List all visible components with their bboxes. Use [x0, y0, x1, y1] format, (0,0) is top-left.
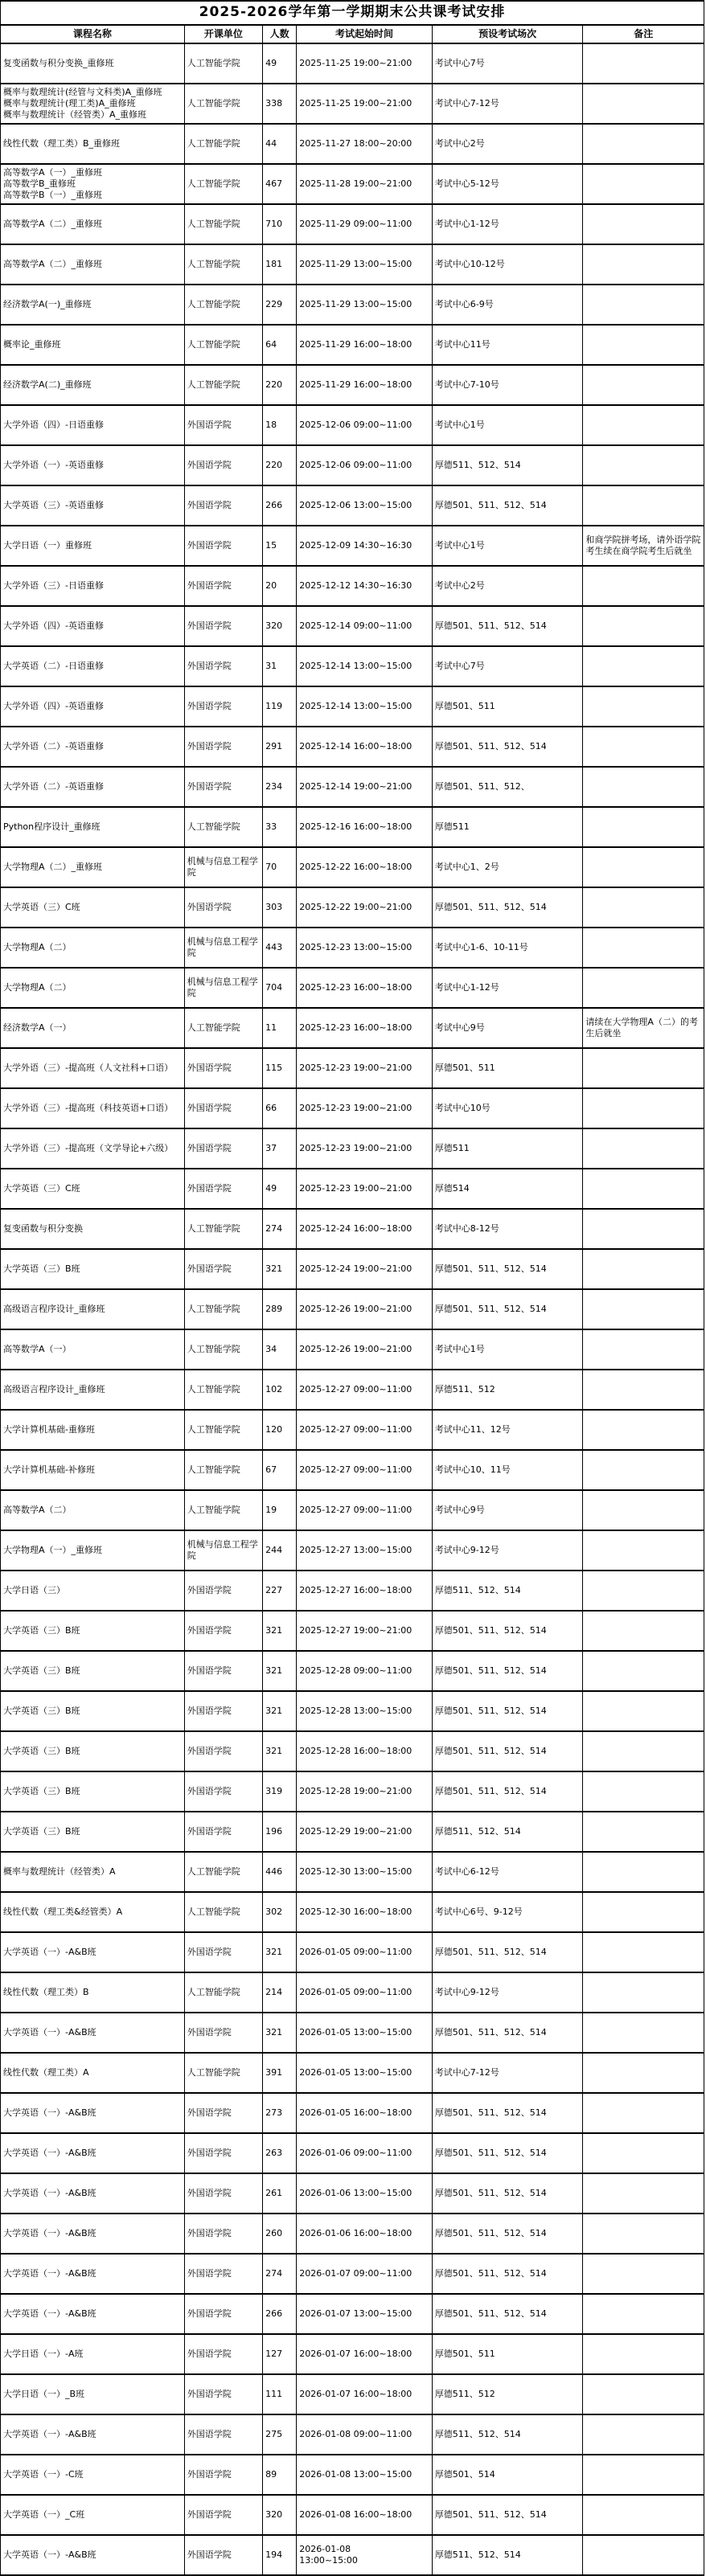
cell-student-count: 196	[263, 1812, 297, 1852]
cell-course-name: 大学外语（一）-英语重修	[1, 445, 185, 485]
table-row: 大学英语（三）B班 外国语学院 321 2025-12-28 09:00~11:…	[1, 1651, 704, 1691]
cell-exam-time: 2025-12-14 13:00~15:00	[297, 686, 433, 727]
cell-course-name: 大学英语（三）-英语重修	[1, 485, 185, 526]
cell-course-name: 大学英语（一）-C班	[1, 2455, 185, 2495]
table-row: 概率与数理统计（经管类）A 人工智能学院 446 2025-12-30 13:0…	[1, 1852, 704, 1892]
cell-course-name: 大学日语（一）-A班	[1, 2334, 185, 2374]
cell-exam-venue: 考试中心2号	[432, 124, 583, 164]
cell-remark	[583, 1731, 704, 1771]
cell-exam-time: 2025-12-23 19:00~21:00	[297, 1128, 433, 1169]
cell-student-count: 234	[263, 767, 297, 807]
cell-exam-time: 2026-01-06 09:00~11:00	[297, 2133, 433, 2173]
cell-course-name: 复变函数与积分变换	[1, 1209, 185, 1249]
cell-exam-venue: 厚德511、512、514	[432, 1571, 583, 1611]
cell-exam-time: 2025-12-27 13:00~15:00	[297, 1530, 433, 1571]
cell-student-count: 273	[263, 2093, 297, 2133]
cell-course-name: 线性代数（理工类）A	[1, 2053, 185, 2093]
cell-remark	[583, 1611, 704, 1651]
table-row: 大学英语（一）-A&B班 外国语学院 263 2026-01-06 09:00~…	[1, 2133, 704, 2173]
cell-exam-venue: 考试中心9号	[432, 1490, 583, 1530]
cell-student-count: 266	[263, 485, 297, 526]
cell-exam-time: 2025-11-29 09:00~11:00	[297, 204, 433, 244]
cell-student-count: 229	[263, 285, 297, 325]
table-row: 大学计算机基础-重修班 人工智能学院 120 2025-12-27 09:00~…	[1, 1410, 704, 1450]
cell-exam-time: 2025-12-23 16:00~18:00	[297, 968, 433, 1008]
cell-remark	[583, 1169, 704, 1209]
table-row: 大学英语（一）-A&B班 外国语学院 260 2026-01-06 16:00~…	[1, 2214, 704, 2254]
table-row: 大学英语（一）-C班 外国语学院 89 2026-01-08 13:00~15:…	[1, 2455, 704, 2495]
cell-course-name: 高等数学A（二）_重修班	[1, 204, 185, 244]
cell-offering-unit: 外国语学院	[184, 1932, 262, 1972]
cell-exam-venue: 考试中心2号	[432, 566, 583, 606]
cell-remark	[583, 1530, 704, 1571]
cell-course-name: 大学计算机基础-重修班	[1, 1410, 185, 1450]
table-row: 大学英语（三）C班 外国语学院 303 2025-12-22 19:00~21:…	[1, 887, 704, 928]
cell-exam-venue: 考试中心7号	[432, 646, 583, 686]
cell-course-name: 大学外语（三）-提高班（文学导论+六级）	[1, 1128, 185, 1169]
cell-exam-time: 2025-12-27 09:00~11:00	[297, 1450, 433, 1490]
cell-remark	[583, 405, 704, 445]
cell-offering-unit: 人工智能学院	[184, 124, 262, 164]
cell-student-count: 321	[263, 1691, 297, 1731]
cell-course-name: 大学日语（一）重修班	[1, 526, 185, 566]
cell-exam-time: 2025-12-23 19:00~21:00	[297, 1048, 433, 1088]
cell-remark	[583, 1450, 704, 1490]
table-row: 复变函数与积分变换_重修班 人工智能学院 49 2025-11-25 19:00…	[1, 43, 704, 84]
cell-exam-venue: 厚德511、512、514	[432, 1812, 583, 1852]
cell-offering-unit: 人工智能学院	[184, 1329, 262, 1370]
table-row: 大学计算机基础-补修班 人工智能学院 67 2025-12-27 09:00~1…	[1, 1450, 704, 1490]
cell-exam-time: 2025-12-14 13:00~15:00	[297, 646, 433, 686]
cell-student-count: 391	[263, 2053, 297, 2093]
cell-course-name: 大学外语（二）-英语重修	[1, 727, 185, 767]
cell-student-count: 127	[263, 2334, 297, 2374]
cell-exam-venue: 考试中心10、11号	[432, 1450, 583, 1490]
cell-exam-venue: 厚德514	[432, 1169, 583, 1209]
table-row: 大学英语（一）-A&B班 外国语学院 274 2026-01-07 09:00~…	[1, 2254, 704, 2294]
cell-student-count: 11	[263, 1008, 297, 1048]
cell-student-count: 302	[263, 1892, 297, 1932]
cell-exam-time: 2025-12-09 14:30~16:30	[297, 526, 433, 566]
cell-exam-venue: 厚德501、511、512、514	[432, 1249, 583, 1289]
cell-exam-venue: 考试中心8-12号	[432, 1209, 583, 1249]
cell-student-count: 31	[263, 646, 297, 686]
cell-exam-time: 2025-11-29 13:00~15:00	[297, 244, 433, 285]
col-header-time: 考试起始时间	[297, 25, 433, 43]
cell-offering-unit: 外国语学院	[184, 1691, 262, 1731]
cell-exam-venue: 考试中心9-12号	[432, 1530, 583, 1571]
cell-exam-time: 2025-12-27 19:00~21:00	[297, 1611, 433, 1651]
cell-student-count: 102	[263, 1370, 297, 1410]
cell-offering-unit: 外国语学院	[184, 727, 262, 767]
cell-exam-venue: 厚德501、511、512、514	[432, 1691, 583, 1731]
cell-offering-unit: 机械与信息工程学院	[184, 847, 262, 887]
table-row: 线性代数（理工类&经管类）A 人工智能学院 302 2025-12-30 16:…	[1, 1892, 704, 1932]
table-row: 高等数学A（二）_重修班 人工智能学院 181 2025-11-29 13:00…	[1, 244, 704, 285]
cell-exam-venue: 考试中心11号	[432, 325, 583, 365]
cell-exam-time: 2025-12-30 13:00~15:00	[297, 1852, 433, 1892]
cell-offering-unit: 外国语学院	[184, 767, 262, 807]
cell-student-count: 49	[263, 43, 297, 84]
table-row: 大学英语（三）-英语重修 外国语学院 266 2025-12-06 13:00~…	[1, 485, 704, 526]
table-row: 大学物理A（二） 机械与信息工程学院 704 2025-12-23 16:00~…	[1, 968, 704, 1008]
cell-remark	[583, 2133, 704, 2173]
cell-remark	[583, 1289, 704, 1329]
cell-course-name: 概率论_重修班	[1, 325, 185, 365]
cell-offering-unit: 人工智能学院	[184, 807, 262, 847]
cell-course-name: 大学英语（一）-A&B班	[1, 2294, 185, 2334]
table-row: 高等数学A（二） 人工智能学院 19 2025-12-27 09:00~11:0…	[1, 1490, 704, 1530]
cell-remark: 请续在大学物理A（二）的考生后就坐	[583, 1008, 704, 1048]
cell-student-count: 119	[263, 686, 297, 727]
cell-exam-venue: 考试中心7-10号	[432, 365, 583, 405]
cell-remark	[583, 2013, 704, 2053]
cell-student-count: 321	[263, 1651, 297, 1691]
cell-offering-unit: 外国语学院	[184, 1731, 262, 1771]
cell-exam-time: 2025-12-24 16:00~18:00	[297, 1209, 433, 1249]
cell-student-count: 220	[263, 445, 297, 485]
table-row: 大学日语（一）重修班 外国语学院 15 2025-12-09 14:30~16:…	[1, 526, 704, 566]
cell-offering-unit: 外国语学院	[184, 1812, 262, 1852]
cell-course-name: 高级语言程序设计_重修班	[1, 1370, 185, 1410]
cell-course-name: 大学英语（一）-A&B班	[1, 1932, 185, 1972]
cell-course-name: 线性代数（理工类）B	[1, 1972, 185, 2013]
cell-exam-time: 2025-12-26 19:00~21:00	[297, 1329, 433, 1370]
cell-course-name: 大学外语（四）-英语重修	[1, 686, 185, 727]
cell-student-count: 111	[263, 2374, 297, 2414]
cell-exam-time: 2025-12-06 09:00~11:00	[297, 445, 433, 485]
cell-course-name: 大学英语（一）_C班	[1, 2495, 185, 2535]
table-row: 大学英语（三）B班 外国语学院 196 2025-12-29 19:00~21:…	[1, 1812, 704, 1852]
cell-remark	[583, 2334, 704, 2374]
cell-remark	[583, 1209, 704, 1249]
cell-student-count: 33	[263, 807, 297, 847]
cell-exam-time: 2026-01-05 13:00~15:00	[297, 2013, 433, 2053]
cell-exam-venue: 考试中心1-6、10-11号	[432, 928, 583, 968]
col-header-remark: 备注	[583, 25, 704, 43]
cell-exam-time: 2026-01-08 16:00~18:00	[297, 2495, 433, 2535]
table-body: 复变函数与积分变换_重修班 人工智能学院 49 2025-11-25 19:00…	[1, 43, 704, 2575]
cell-remark	[583, 686, 704, 727]
cell-student-count: 321	[263, 1731, 297, 1771]
cell-exam-time: 2026-01-08 13:00~15:00	[297, 2535, 433, 2575]
cell-course-name: 大学英语（三）B班	[1, 1651, 185, 1691]
cell-remark	[583, 1932, 704, 1972]
cell-course-name: 大学外语（四）-日语重修	[1, 405, 185, 445]
cell-exam-venue: 考试中心7-12号	[432, 2053, 583, 2093]
cell-offering-unit: 外国语学院	[184, 2414, 262, 2455]
cell-offering-unit: 人工智能学院	[184, 1972, 262, 2013]
cell-offering-unit: 外国语学院	[184, 405, 262, 445]
cell-student-count: 274	[263, 1209, 297, 1249]
cell-remark	[583, 2053, 704, 2093]
cell-remark	[583, 928, 704, 968]
table-row: 大学英语（三）B班 外国语学院 321 2025-12-28 16:00~18:…	[1, 1731, 704, 1771]
cell-course-name: 大学外语（四）-英语重修	[1, 606, 185, 646]
table-row: 大学外语（三）-提高班（人文社科+口语） 外国语学院 115 2025-12-2…	[1, 1048, 704, 1088]
cell-offering-unit: 外国语学院	[184, 2374, 262, 2414]
cell-course-name: 经济数学A(一)_重修班	[1, 285, 185, 325]
cell-remark	[583, 1972, 704, 2013]
cell-remark	[583, 2294, 704, 2334]
cell-remark	[583, 2093, 704, 2133]
cell-exam-venue: 厚德501、511、512、514	[432, 2133, 583, 2173]
cell-exam-time: 2025-11-27 18:00~20:00	[297, 124, 433, 164]
cell-remark	[583, 1771, 704, 1812]
cell-remark	[583, 2455, 704, 2495]
table-row: 大学外语（二）-英语重修 外国语学院 291 2025-12-14 16:00~…	[1, 727, 704, 767]
cell-exam-time: 2025-11-25 19:00~21:00	[297, 84, 433, 124]
cell-remark	[583, 566, 704, 606]
cell-remark	[583, 204, 704, 244]
cell-remark	[583, 1892, 704, 1932]
cell-exam-time: 2026-01-07 09:00~11:00	[297, 2254, 433, 2294]
cell-student-count: 227	[263, 1571, 297, 1611]
table-row: 大学英语（一）-A&B班 外国语学院 194 2026-01-08 13:00~…	[1, 2535, 704, 2575]
cell-course-name: 大学外语（三）-提高班（人文社科+口语）	[1, 1048, 185, 1088]
cell-course-name: 大学英语（三）B班	[1, 1812, 185, 1852]
cell-student-count: 19	[263, 1490, 297, 1530]
table-row: 大学英语（一）-A&B班 外国语学院 321 2026-01-05 09:00~…	[1, 1932, 704, 1972]
cell-exam-time: 2026-01-07 16:00~18:00	[297, 2334, 433, 2374]
cell-student-count: 446	[263, 1852, 297, 1892]
cell-exam-time: 2025-12-06 09:00~11:00	[297, 405, 433, 445]
col-header-unit: 开课单位	[184, 25, 262, 43]
table-row: 大学外语（二）-英语重修 外国语学院 234 2025-12-14 19:00~…	[1, 767, 704, 807]
table-row: 高等数学A（二）_重修班 人工智能学院 710 2025-11-29 09:00…	[1, 204, 704, 244]
table-row: 大学外语（三）-提高班（科技英语+口语） 外国语学院 66 2025-12-23…	[1, 1088, 704, 1128]
cell-course-name: 大学英语（一）-A&B班	[1, 2173, 185, 2214]
table-row: 经济数学A(一)_重修班 人工智能学院 229 2025-11-29 13:00…	[1, 285, 704, 325]
cell-student-count: 320	[263, 606, 297, 646]
table-row: 经济数学A（一） 人工智能学院 11 2025-12-23 16:00~18:0…	[1, 1008, 704, 1048]
cell-exam-venue: 考试中心1号	[432, 526, 583, 566]
cell-remark	[583, 1128, 704, 1169]
cell-remark	[583, 1329, 704, 1370]
table-row: 大学英语（一）_C班 外国语学院 320 2026-01-08 16:00~18…	[1, 2495, 704, 2535]
cell-student-count: 70	[263, 847, 297, 887]
cell-course-name: 大学英语（一）-A&B班	[1, 2133, 185, 2173]
cell-student-count: 244	[263, 1530, 297, 1571]
table-row: 大学外语（三）-提高班（文学导论+六级） 外国语学院 37 2025-12-23…	[1, 1128, 704, 1169]
cell-exam-venue: 厚德501、511、512、514	[432, 606, 583, 646]
cell-remark	[583, 43, 704, 84]
cell-exam-time: 2026-01-06 16:00~18:00	[297, 2214, 433, 2254]
cell-remark	[583, 646, 704, 686]
table-row: 大学日语（一）-A班 外国语学院 127 2026-01-07 16:00~18…	[1, 2334, 704, 2374]
cell-remark	[583, 2173, 704, 2214]
cell-student-count: 115	[263, 1048, 297, 1088]
cell-exam-time: 2025-12-23 13:00~15:00	[297, 928, 433, 968]
cell-exam-venue: 厚德501、511、512、	[432, 767, 583, 807]
cell-exam-venue: 厚德511、512、514	[432, 2414, 583, 2455]
cell-exam-venue: 厚德511	[432, 807, 583, 847]
cell-student-count: 320	[263, 2495, 297, 2535]
cell-course-name: 大学英语（三）B班	[1, 1691, 185, 1731]
cell-exam-venue: 厚德501、511、512、514	[432, 1289, 583, 1329]
cell-remark	[583, 84, 704, 124]
cell-student-count: 66	[263, 1088, 297, 1128]
cell-exam-time: 2025-12-22 16:00~18:00	[297, 847, 433, 887]
cell-student-count: 704	[263, 968, 297, 1008]
cell-exam-venue: 考试中心10-12号	[432, 244, 583, 285]
cell-exam-venue: 考试中心1号	[432, 1329, 583, 1370]
cell-course-name: 大学日语（三）	[1, 1571, 185, 1611]
cell-offering-unit: 外国语学院	[184, 2535, 262, 2575]
cell-exam-time: 2025-12-28 13:00~15:00	[297, 1691, 433, 1731]
cell-student-count: 275	[263, 2414, 297, 2455]
cell-remark	[583, 1571, 704, 1611]
table-row: 经济数学A(二)_重修班 人工智能学院 220 2025-11-29 16:00…	[1, 365, 704, 405]
cell-exam-time: 2025-12-16 16:00~18:00	[297, 807, 433, 847]
cell-offering-unit: 人工智能学院	[184, 1209, 262, 1249]
cell-course-name: 大学外语（三）-提高班（科技英语+口语）	[1, 1088, 185, 1128]
cell-remark	[583, 1651, 704, 1691]
cell-offering-unit: 人工智能学院	[184, 1370, 262, 1410]
cell-exam-venue: 厚德511	[432, 1128, 583, 1169]
col-header-course: 课程名称	[1, 25, 185, 43]
cell-exam-time: 2025-12-28 09:00~11:00	[297, 1651, 433, 1691]
cell-exam-time: 2026-01-06 13:00~15:00	[297, 2173, 433, 2214]
cell-exam-venue: 考试中心1-12号	[432, 968, 583, 1008]
table-row: 高级语言程序设计_重修班 人工智能学院 102 2025-12-27 09:00…	[1, 1370, 704, 1410]
cell-course-name: 大学外语（三）-日语重修	[1, 566, 185, 606]
cell-exam-venue: 厚德501、511	[432, 686, 583, 727]
cell-course-name: 大学物理A（二）_重修班	[1, 847, 185, 887]
cell-remark	[583, 1812, 704, 1852]
cell-remark	[583, 124, 704, 164]
cell-offering-unit: 外国语学院	[184, 2214, 262, 2254]
cell-remark	[583, 2495, 704, 2535]
table-row: 大学外语（四）-日语重修 外国语学院 18 2025-12-06 09:00~1…	[1, 405, 704, 445]
cell-offering-unit: 外国语学院	[184, 2254, 262, 2294]
table-row: 大学英语（三）C班 外国语学院 49 2025-12-23 19:00~21:0…	[1, 1169, 704, 1209]
cell-offering-unit: 机械与信息工程学院	[184, 1530, 262, 1571]
cell-exam-time: 2025-12-12 14:30~16:30	[297, 566, 433, 606]
cell-exam-time: 2026-01-07 16:00~18:00	[297, 2374, 433, 2414]
cell-remark	[583, 1088, 704, 1128]
cell-exam-venue: 考试中心6-12号	[432, 1852, 583, 1892]
cell-offering-unit: 外国语学院	[184, 606, 262, 646]
cell-offering-unit: 外国语学院	[184, 1571, 262, 1611]
table-row: 大学英语（三）B班 外国语学院 319 2025-12-28 19:00~21:…	[1, 1771, 704, 1812]
cell-offering-unit: 外国语学院	[184, 646, 262, 686]
cell-student-count: 263	[263, 2133, 297, 2173]
cell-exam-venue: 厚德501、511、512、514	[432, 2214, 583, 2254]
cell-exam-time: 2025-12-14 19:00~21:00	[297, 767, 433, 807]
cell-exam-venue: 厚德501、511	[432, 2334, 583, 2374]
cell-course-name: 大学英语（一）-A&B班	[1, 2535, 185, 2575]
cell-course-name: 大学英语（一）-A&B班	[1, 2214, 185, 2254]
cell-course-name: 概率与数理统计（经管类）A	[1, 1852, 185, 1892]
cell-exam-venue: 厚德501、511、512、514	[432, 727, 583, 767]
cell-exam-time: 2025-12-26 19:00~21:00	[297, 1289, 433, 1329]
col-header-count: 人数	[263, 25, 297, 43]
table-row: 大学外语（四）-英语重修 外国语学院 320 2025-12-14 09:00~…	[1, 606, 704, 646]
cell-exam-time: 2025-12-28 19:00~21:00	[297, 1771, 433, 1812]
table-row: 大学日语（三） 外国语学院 227 2025-12-27 16:00~18:00…	[1, 1571, 704, 1611]
cell-course-name: 线性代数（理工类）B_重修班	[1, 124, 185, 164]
cell-remark	[583, 1048, 704, 1088]
cell-student-count: 181	[263, 244, 297, 285]
cell-remark	[583, 1249, 704, 1289]
cell-student-count: 467	[263, 164, 297, 204]
table-row: 大学英语（三）B班 外国语学院 321 2025-12-27 19:00~21:…	[1, 1611, 704, 1651]
cell-exam-venue: 厚德501、511、512、514	[432, 1611, 583, 1651]
table-row: 大学英语（一）-A&B班 外国语学院 266 2026-01-07 13:00~…	[1, 2294, 704, 2334]
cell-course-name: 大学英语（一）-A&B班	[1, 2013, 185, 2053]
cell-course-name: 大学英语（三）B班	[1, 1771, 185, 1812]
cell-exam-venue: 厚德501、511、512、514	[432, 2173, 583, 2214]
cell-exam-time: 2025-12-29 19:00~21:00	[297, 1812, 433, 1852]
cell-student-count: 214	[263, 1972, 297, 2013]
cell-remark	[583, 445, 704, 485]
cell-remark	[583, 887, 704, 928]
cell-exam-venue: 厚德501、511	[432, 1048, 583, 1088]
cell-exam-time: 2025-12-06 13:00~15:00	[297, 485, 433, 526]
cell-remark	[583, 164, 704, 204]
cell-offering-unit: 外国语学院	[184, 1651, 262, 1691]
cell-student-count: 710	[263, 204, 297, 244]
cell-offering-unit: 外国语学院	[184, 1048, 262, 1088]
cell-offering-unit: 人工智能学院	[184, 43, 262, 84]
cell-exam-venue: 考试中心9号	[432, 1008, 583, 1048]
exam-schedule-table: 2025-2026学年第一学期期末公共课考试安排 课程名称 开课单位 人数 考试…	[0, 0, 704, 2576]
table-row: 大学英语（一）-A&B班 外国语学院 261 2026-01-06 13:00~…	[1, 2173, 704, 2214]
cell-course-name: 线性代数（理工类&经管类）A	[1, 1892, 185, 1932]
cell-student-count: 64	[263, 325, 297, 365]
cell-exam-time: 2025-12-14 16:00~18:00	[297, 727, 433, 767]
table-row: 大学日语（一）_B班 外国语学院 111 2026-01-07 16:00~18…	[1, 2374, 704, 2414]
cell-remark	[583, 325, 704, 365]
cell-exam-time: 2026-01-05 13:00~15:00	[297, 2053, 433, 2093]
cell-offering-unit: 外国语学院	[184, 2173, 262, 2214]
cell-course-name: 高等数学A（一）_重修班 高等数学B_重修班 高等数学B（一）_重修班	[1, 164, 185, 204]
cell-exam-venue: 厚德501、511、512、514	[432, 1932, 583, 1972]
cell-exam-venue: 考试中心6-9号	[432, 285, 583, 325]
table-row: 线性代数（理工类）B_重修班 人工智能学院 44 2025-11-27 18:0…	[1, 124, 704, 164]
cell-exam-venue: 考试中心7-12号	[432, 84, 583, 124]
cell-exam-venue: 考试中心1号	[432, 405, 583, 445]
cell-offering-unit: 人工智能学院	[184, 365, 262, 405]
cell-exam-time: 2025-12-23 16:00~18:00	[297, 1008, 433, 1048]
cell-exam-time: 2025-12-22 19:00~21:00	[297, 887, 433, 928]
cell-offering-unit: 外国语学院	[184, 566, 262, 606]
cell-offering-unit: 外国语学院	[184, 526, 262, 566]
cell-exam-venue: 厚德501、511、512、514	[432, 2495, 583, 2535]
table-row: 大学英语（三）B班 外国语学院 321 2025-12-28 13:00~15:…	[1, 1691, 704, 1731]
cell-exam-venue: 厚德501、511、512、514	[432, 2254, 583, 2294]
cell-remark	[583, 968, 704, 1008]
cell-offering-unit: 外国语学院	[184, 1088, 262, 1128]
cell-course-name: 大学英语（一）-A&B班	[1, 2254, 185, 2294]
cell-exam-venue: 考试中心5-12号	[432, 164, 583, 204]
cell-offering-unit: 人工智能学院	[184, 1892, 262, 1932]
table-row: 大学英语（一）-A&B班 外国语学院 321 2026-01-05 13:00~…	[1, 2013, 704, 2053]
cell-exam-time: 2025-12-28 16:00~18:00	[297, 1731, 433, 1771]
cell-offering-unit: 外国语学院	[184, 2455, 262, 2495]
cell-exam-time: 2025-12-30 16:00~18:00	[297, 1892, 433, 1932]
cell-course-name: 高等数学A（一）	[1, 1329, 185, 1370]
cell-remark	[583, 244, 704, 285]
cell-remark	[583, 727, 704, 767]
cell-exam-venue: 厚德501、511、512、514	[432, 2294, 583, 2334]
cell-course-name: 高等数学A（二）	[1, 1490, 185, 1530]
table-row: 大学外语（三）-日语重修 外国语学院 20 2025-12-12 14:30~1…	[1, 566, 704, 606]
cell-course-name: 大学外语（二）-英语重修	[1, 767, 185, 807]
cell-student-count: 18	[263, 405, 297, 445]
cell-offering-unit: 人工智能学院	[184, 2053, 262, 2093]
